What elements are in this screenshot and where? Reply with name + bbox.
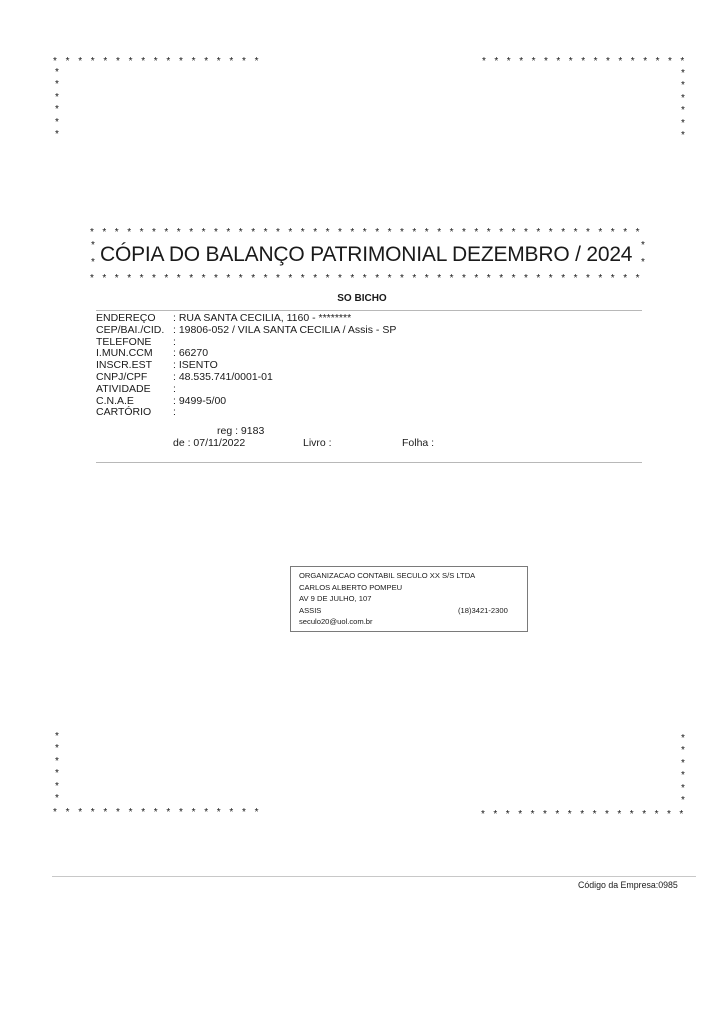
info-value: : [173,384,176,396]
stars-bottom-right-vertical: ****** [678,733,688,807]
cartorio-reg: reg : 9183 [217,425,264,437]
accountant-city-row: ASSIS (18)3421-2300 [299,605,527,617]
cartorio-folha: Folha : [402,437,434,449]
accountant-address: AV 9 DE JULHO, 107 [299,593,527,605]
info-row: CARTÓRIO: [96,407,396,419]
cartorio-date: de : 07/11/2022 [173,437,245,449]
accountant-email: seculo20@uol.com.br [299,616,527,628]
info-value: : 48.535.741/0001-01 [173,372,273,384]
info-divider [96,462,642,463]
accountant-city: ASSIS [299,606,321,615]
company-code: Código da Empresa:0985 [578,880,678,890]
cartorio-livro: Livro : [303,437,332,449]
info-value: : 9499-5/00 [173,396,226,408]
info-label: CEP/BAI./CID. [96,325,173,337]
stars-bottom-left-vertical: ****** [52,731,62,805]
company-info: ENDEREÇO: RUA SANTA CECILIA, 1160 - ****… [96,313,396,419]
stars-top-left-vertical: ****** [52,67,62,141]
info-row: CNPJ/CPF: 48.535.741/0001-01 [96,372,396,384]
accountant-name: ORGANIZACAO CONTABIL SECULO XX S/S LTDA [299,570,527,582]
accountant-phone: (18)3421-2300 [458,605,508,617]
info-label: CARTÓRIO [96,407,173,419]
info-row: CEP/BAI./CID.: 19806-052 / VILA SANTA CE… [96,325,396,337]
info-value: : [173,407,176,419]
stars-top-right-vertical: ****** [678,68,688,142]
document-title: CÓPIA DO BALANÇO PATRIMONIAL DEZEMBRO / … [100,243,632,267]
header-divider [96,310,642,311]
footer-divider [52,876,696,877]
company-name: SO BICHO [0,293,724,304]
info-row: ATIVIDADE: [96,384,396,396]
title-block: ****************************************… [88,224,648,288]
info-label: ATIVIDADE [96,384,173,396]
info-label: CNPJ/CPF [96,372,173,384]
accountant-box: ORGANIZACAO CONTABIL SECULO XX S/S LTDA … [290,566,528,632]
info-value: : 19806-052 / VILA SANTA CECILIA / Assis… [173,325,396,337]
accountant-contact: CARLOS ALBERTO POMPEU [299,582,527,594]
